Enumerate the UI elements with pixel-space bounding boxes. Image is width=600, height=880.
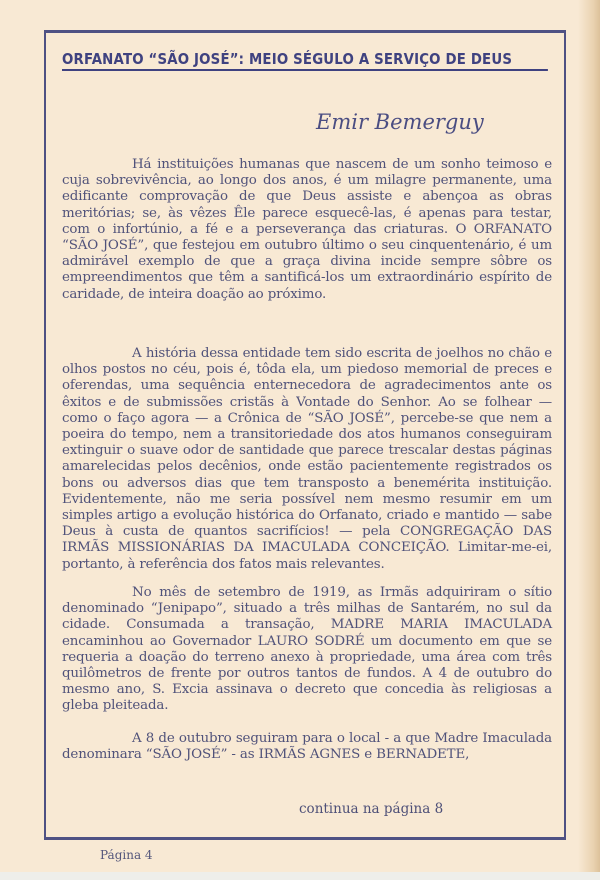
paragraph-text: No mês de setembro de 1919, as Irmãs adq…	[62, 585, 552, 715]
article-headline: ORFANATO “SÃO JOSÉ”: MEIO SÉGULO A SERVI…	[62, 50, 548, 71]
article-paragraph-1: Há instituições humanas que nascem de um…	[62, 157, 552, 303]
paragraph-text: A 8 de outubro seguiram para o local - a…	[62, 731, 552, 763]
page-number: Página 4	[100, 848, 153, 862]
article-paragraph-2: A história dessa entidade tem sido escri…	[62, 346, 552, 573]
article-paragraph-3: No mês de setembro de 1919, as Irmãs adq…	[62, 585, 552, 715]
paragraph-text: A história dessa entidade tem sido escri…	[62, 346, 552, 573]
scan-bottom-edge	[0, 872, 600, 880]
paragraph-text: Há instituições humanas que nascem de um…	[62, 157, 552, 303]
author-byline: Emir Bemerguy	[316, 110, 484, 134]
article-paragraph-4: A 8 de outubro seguiram para o local - a…	[62, 731, 552, 763]
page-edge-shadow	[578, 0, 600, 880]
continuation-note: continua na página 8	[299, 801, 443, 817]
